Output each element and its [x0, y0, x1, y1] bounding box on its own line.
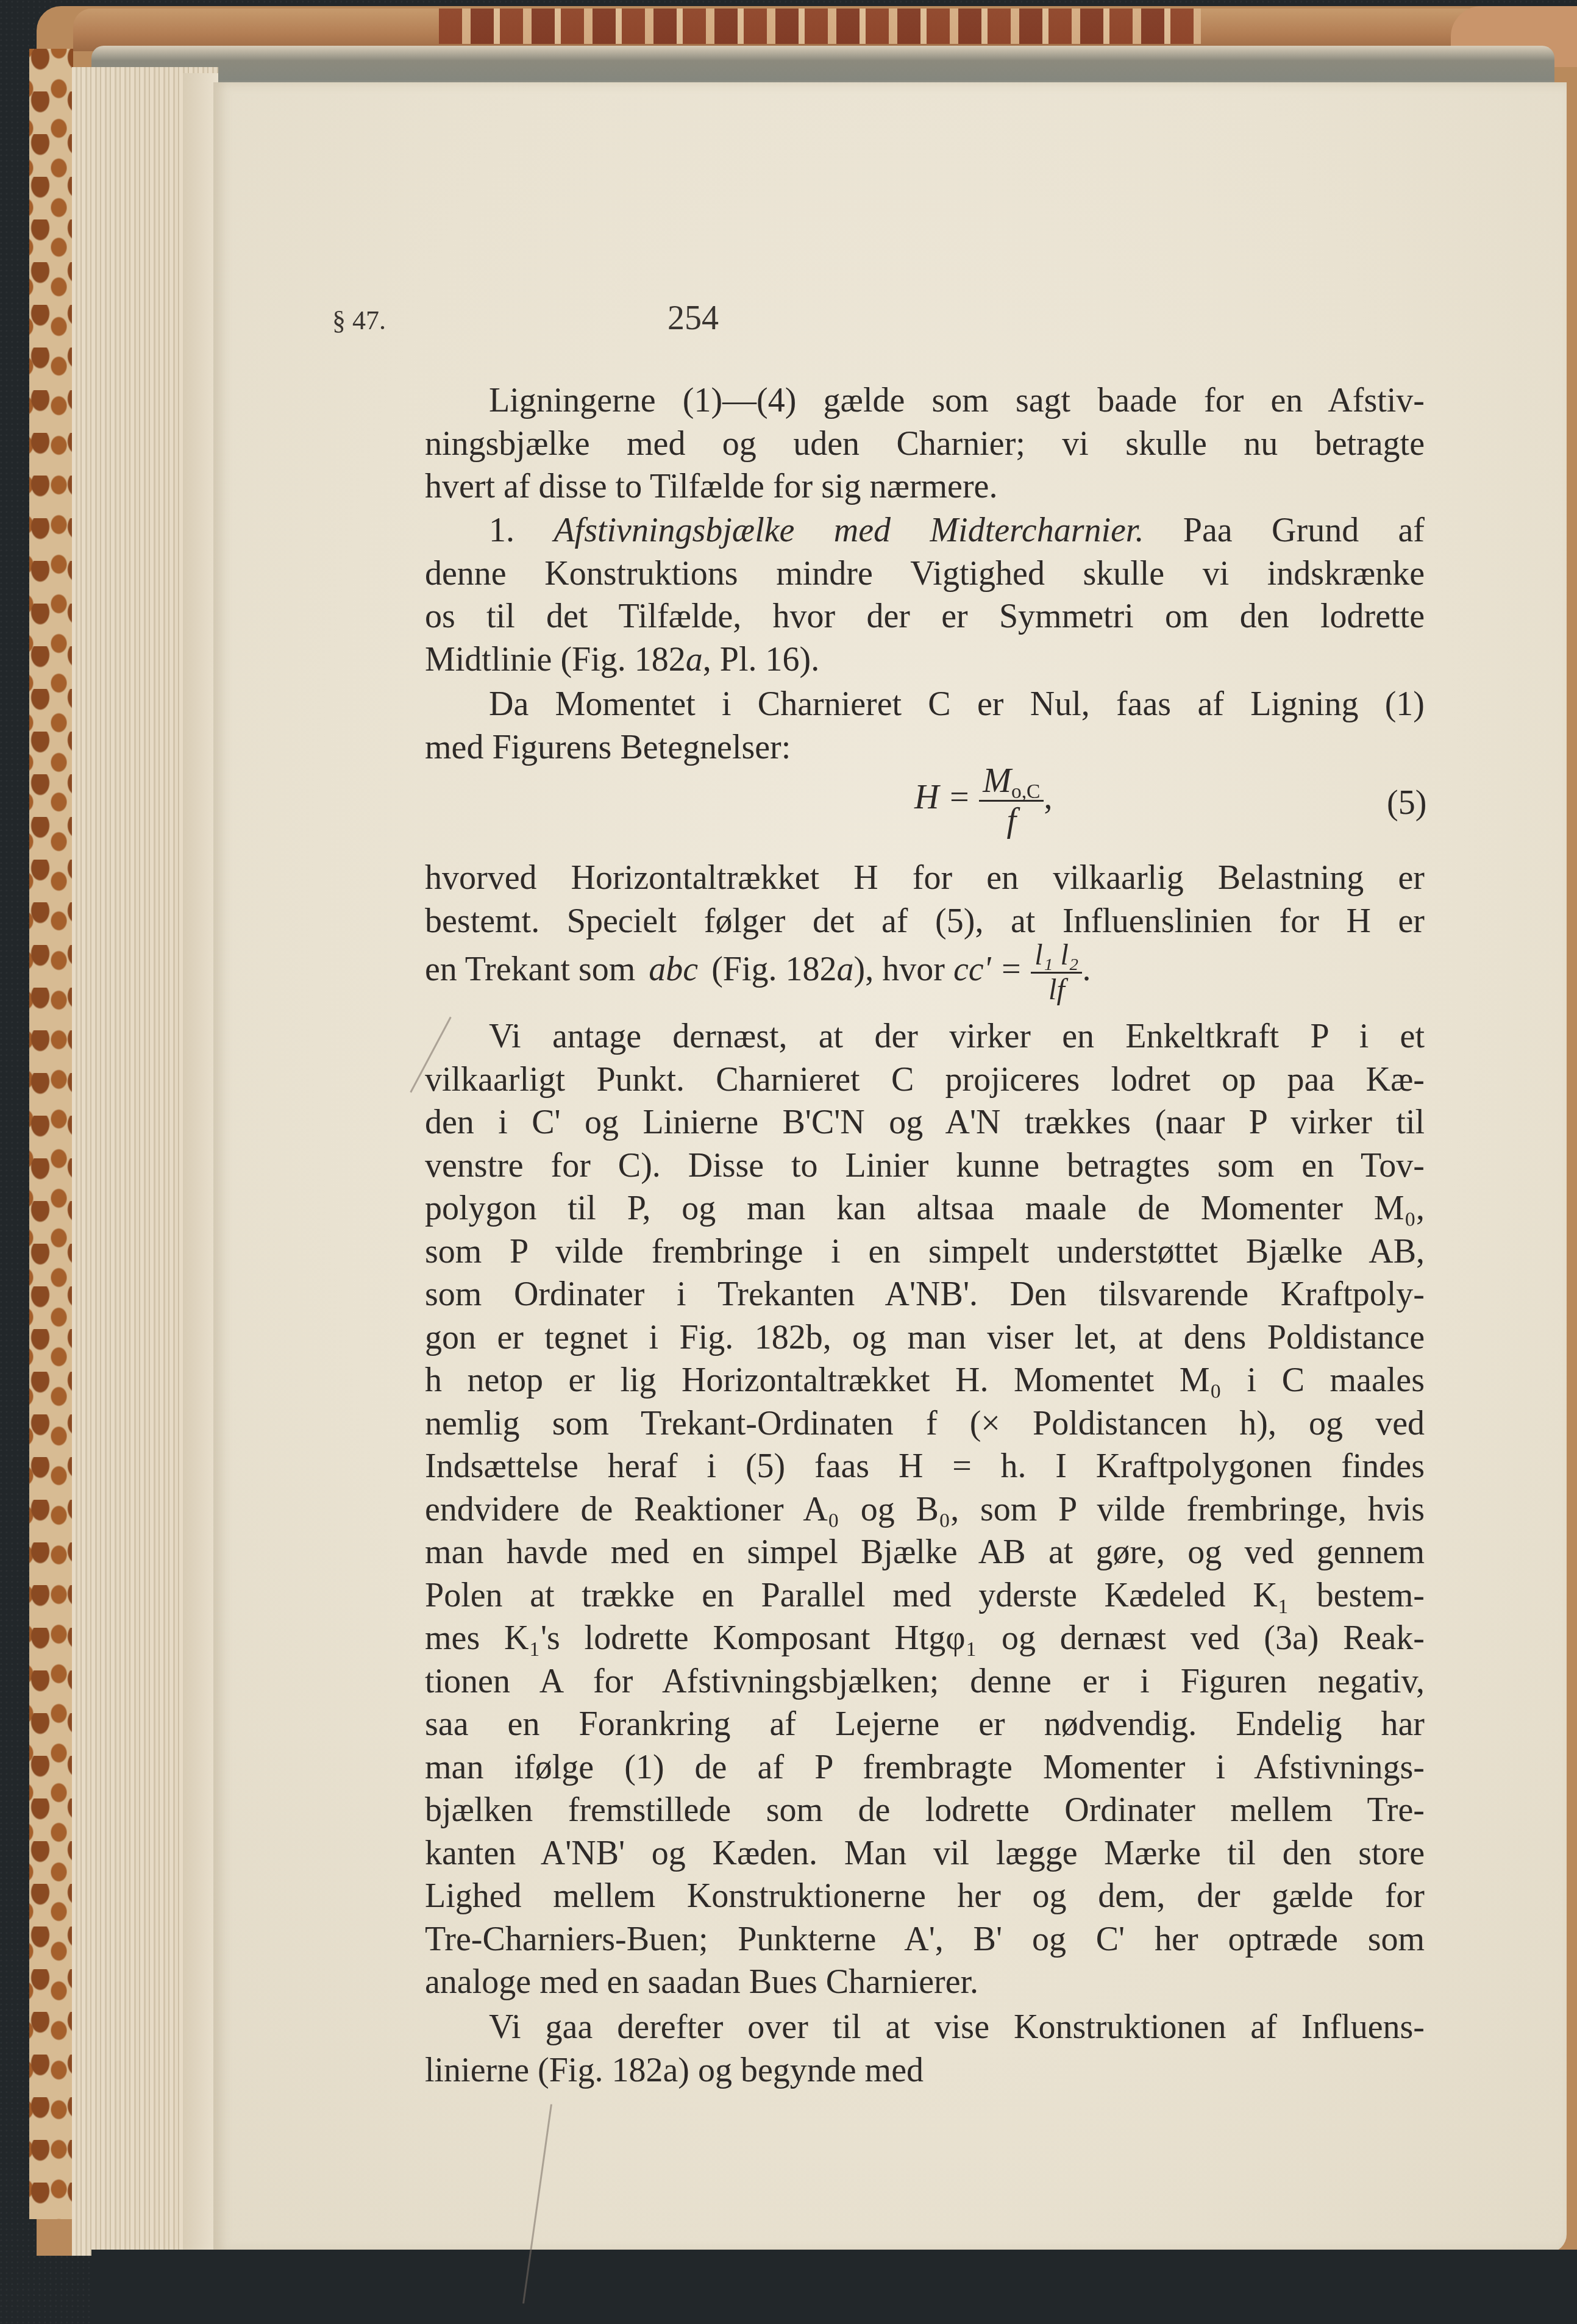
text-line: Polen at trække en Parallel med yderste … [425, 1574, 1425, 1617]
equation-lhs: H = [914, 779, 970, 816]
running-header: § 47. 254 [332, 305, 1429, 341]
text-line: venstre for C). Disse to Linier kunne be… [425, 1144, 1425, 1188]
text-line: som Ordinater i Trekanten A'NB'. Den til… [425, 1273, 1425, 1316]
text-span: . [1082, 950, 1091, 988]
text-line: Lighed mellem Konstruktionerne her og de… [425, 1875, 1425, 1918]
denominator-symbol: lf [1048, 974, 1065, 1006]
equation-label: (5) [1387, 783, 1426, 822]
list-number: 1. [489, 511, 514, 549]
text-line: nemlig som Trekant-Ordinaten f (× Poldis… [425, 1402, 1425, 1445]
equation-comma: , [1044, 779, 1052, 816]
italic-span: abc [649, 950, 698, 988]
text-span: Midtlinie (Fig. 182 [425, 641, 686, 679]
page-number: 254 [667, 299, 719, 338]
paragraph-4: hvorved Horizontaltrækket H for en vilka… [425, 857, 1425, 943]
text-line: man ifølge (1) de af P frembragte Moment… [425, 1746, 1425, 1789]
italic-span: a [686, 641, 703, 679]
text-line: bjælken fremstillede som de lodrette Ord… [425, 1789, 1425, 1832]
denominator: f [979, 802, 1044, 839]
fraction: l₁ l₂ lf [1031, 939, 1082, 1007]
text-line: som P vilde frembringe i en simpelt unde… [425, 1230, 1425, 1274]
paragraph-3: Da Momentet i Charnieret C er Nul, faas … [425, 683, 1425, 769]
denominator-symbol: f [1007, 802, 1017, 839]
text-line: kanten A'NB' og Kæden. Man vil lægge Mær… [425, 1832, 1425, 1875]
text-line: hvorved Horizontaltrækket H for en vilka… [425, 857, 1425, 900]
text-line: linierne (Fig. 182a) og begynde med [425, 2049, 1425, 2092]
numerator-symbol: l₁ l₂ [1034, 939, 1078, 971]
text-line: man havde med en simpel Bjælke AB at gør… [425, 1531, 1425, 1574]
text-line: Indsættelse heraf i (5) faas H = h. I Kr… [425, 1445, 1425, 1488]
text-line: h netop er lig Horizontaltrækket H. Mome… [425, 1359, 1425, 1402]
text-line: denne Konstruktions mindre Vigtighed sku… [425, 552, 1425, 596]
numerator-subscript: o,C [1011, 780, 1041, 803]
text-span: ), hvor [854, 950, 945, 988]
section-number: § 47. [332, 305, 386, 336]
text-line: vilkaarligt Punkt. Charnieret C projicer… [425, 1058, 1425, 1102]
text-span: Paa Grund af [1183, 511, 1425, 549]
bottom-shadow [91, 2250, 1577, 2324]
numerator-symbol: M [983, 762, 1011, 800]
section-heading-italic: Afstivningsbjælke med Midtercharnier. [554, 511, 1144, 549]
text-line: Vi antage dernæst, at der virker en Enke… [425, 1015, 1425, 1058]
text-span: , Pl. 16). [703, 641, 819, 679]
text-line: Midtlinie (Fig. 182a, Pl. 16). [425, 638, 1425, 682]
text-line: Tre-Charniers-Buen; Punkterne A', B' og … [425, 1918, 1425, 1961]
text-line: polygon til P, og man kan altsaa maale d… [425, 1187, 1425, 1230]
fraction: Mo,C f [979, 762, 1044, 839]
marbled-edge-left [29, 49, 73, 2219]
text-line: os til det Tilfælde, hvor der er Symmetr… [425, 595, 1425, 638]
text-line: Da Momentet i Charnieret C er Nul, faas … [425, 683, 1425, 726]
text-line-with-fraction: en Trekant som abc (Fig. 182a), hvor cc'… [425, 939, 1425, 1007]
denominator: lf [1031, 974, 1082, 1007]
text-line: analoge med en saadan Bues Charnierer. [425, 1961, 1425, 2004]
marbled-headband [439, 9, 1201, 44]
text-line: den i C' og Linierne B'C'N og A'N trække… [425, 1101, 1425, 1144]
equation-5: H = Mo,C f , [914, 762, 1052, 839]
text-span: en Trekant som [425, 950, 635, 988]
paragraph-2: 1. Afstivningsbjælke med Midtercharnier.… [425, 509, 1425, 681]
text-line: 1. Afstivningsbjælke med Midtercharnier.… [425, 509, 1425, 552]
text-line: saa en Forankring af Lejerne er nødvendi… [425, 1703, 1425, 1746]
text-span: (Fig. 182 [711, 950, 836, 988]
text-line: gon er tegnet i Fig. 182b, og man viser … [425, 1316, 1425, 1360]
text-line: mes K₁'s lodrette Komposant Htgφ₁ og der… [425, 1617, 1425, 1660]
numerator: l₁ l₂ [1031, 939, 1082, 974]
text-line: bestemt. Specielt følger det af (5), at … [425, 900, 1425, 943]
text-line: ningsbjælke med og uden Charnier; vi sku… [425, 422, 1425, 466]
text-line: tionen A for Afstivningsbjælken; denne e… [425, 1660, 1425, 1703]
text-line: endvidere de Reaktioner A₀ og B₀, som P … [425, 1488, 1425, 1531]
italic-span: a [837, 950, 854, 988]
text-line: Ligningerne (1)—(4) gælde som sagt baade… [425, 379, 1425, 422]
italic-span: cc' = [953, 950, 1022, 988]
paragraph-5: Vi antage dernæst, at der virker en Enke… [425, 1015, 1425, 2004]
paragraph-6: Vi gaa derefter over til at vise Konstru… [425, 2006, 1425, 2092]
text-line: hvert af disse to Tilfælde for sig nærme… [425, 465, 1425, 508]
numerator: Mo,C [979, 762, 1044, 802]
text-line: Vi gaa derefter over til at vise Konstru… [425, 2006, 1425, 2049]
paragraph-1: Ligningerne (1)—(4) gælde som sagt baade… [425, 379, 1425, 508]
